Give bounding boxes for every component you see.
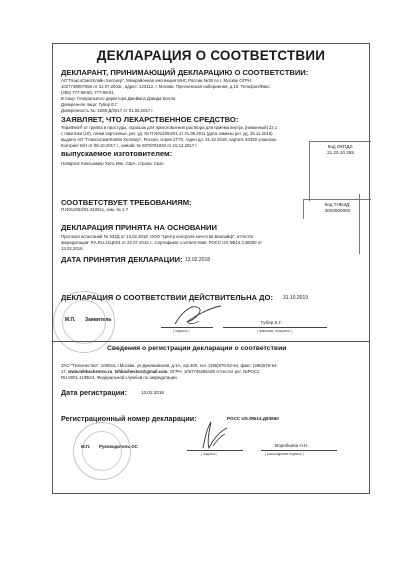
acceptance-date-heading: ДАТА ПРИНЯТИЯ ДЕКЛАРАЦИИ: (61, 255, 183, 264)
website-link[interactable]: www.tehkachestvo.ru (68, 369, 112, 374)
os-stamp-inner (82, 431, 122, 471)
manufacturer-heading: выпускаемое изготовителем: (61, 149, 172, 158)
registration-org-text: ЗАО "Техкачество", 109044, г.Москва, ул.… (61, 363, 365, 381)
applicant-role-label: Заявитель (85, 317, 111, 323)
valid-until-value: 31.10.2019 (283, 295, 308, 301)
os-signature-caption: ( подпись ) (201, 452, 218, 456)
applicant-signature-caption: ( подпись ) (173, 329, 190, 333)
section-divider (53, 341, 369, 342)
org-text-suffix: , ОГРН: 1057746285180 Аттестат рег. №РОС… (168, 369, 260, 374)
manufacturer-text: Новартис Консьюмер Хелс Инк.,США, страна… (61, 161, 164, 167)
acceptance-date-value: 13.02.2018 (185, 257, 210, 263)
applicant-name-line (223, 327, 327, 328)
requirements-heading: СООТВЕТСТВУЕТ ТРЕБОВАНИЯМ: (61, 198, 192, 207)
registration-org-line-3: RU.0001.11ФБ14, Федеральной службой по а… (61, 375, 365, 381)
applicant-signature-line (161, 327, 213, 328)
product-heading: ЗАЯВЛЯЕТ, ЧТО ЛЕКАРСТВЕННОЕ СРЕДСТВО: (61, 115, 238, 124)
applicant-name-caption: ( фамилия, инициалы ) (257, 329, 292, 333)
tnved-value: 3004500002 (304, 208, 371, 214)
basis-text: Протокол испытаний № 532Д от 13.02.2018,… (61, 234, 361, 252)
tnved-code-box: Код ТНВЭД: 3004500002 (303, 199, 371, 219)
declarant-text: АО"ГлаксоСмитКляйн Хелскер", Межрайонная… (61, 78, 361, 114)
okpd2-value: 21.20.10.255 (310, 150, 371, 156)
email-link[interactable]: tehkachestvo@gmail.com (115, 369, 168, 374)
basis-heading: ДЕКЛАРАЦИЯ ПРИНЯТА НА ОСНОВАНИИ (61, 223, 217, 232)
registration-number-label: Регистрационный номер декларации: (61, 414, 197, 423)
os-signature-line (187, 450, 243, 451)
registration-heading: Сведения о регистрации декларации о соот… (107, 345, 286, 352)
os-name-caption: ( расшифровка подписи ) (265, 452, 304, 456)
requirements-text: П N012063/01-310511, изм. № 1-7 (61, 207, 128, 213)
os-name: Воробьева Н.Н. (275, 443, 309, 448)
applicant-name: Губер Е.Г. (261, 320, 282, 325)
document-title: ДЕКЛАРАЦИЯ О СООТВЕТСТВИИ (53, 48, 369, 63)
applicant-mp-label: М.П. (65, 317, 76, 323)
os-mp-label: М.П. (81, 444, 90, 449)
os-role-label: Руководитель ОС (99, 444, 138, 449)
os-name-line (261, 450, 337, 451)
registration-date-label: Дата регистрации: (61, 388, 127, 397)
declaration-document: ДЕКЛАРАЦИЯ О СООТВЕТСТВИИ ДЕКЛАРАНТ, ПРИ… (52, 43, 370, 494)
applicant-signature (169, 302, 225, 328)
okpd2-code-box: Код ОКПД2: 21.20.10.255 (309, 141, 371, 201)
registration-date-value: 13.02.2018 (141, 390, 164, 395)
registration-number-value: РОСС US.ФБ14.Д63660 (227, 416, 279, 421)
os-signature (193, 418, 233, 452)
declarant-heading: ДЕКЛАРАНТ, ПРИНИМАЮЩИЙ ДЕКЛАРАЦИЮ О СООТ… (61, 68, 308, 77)
